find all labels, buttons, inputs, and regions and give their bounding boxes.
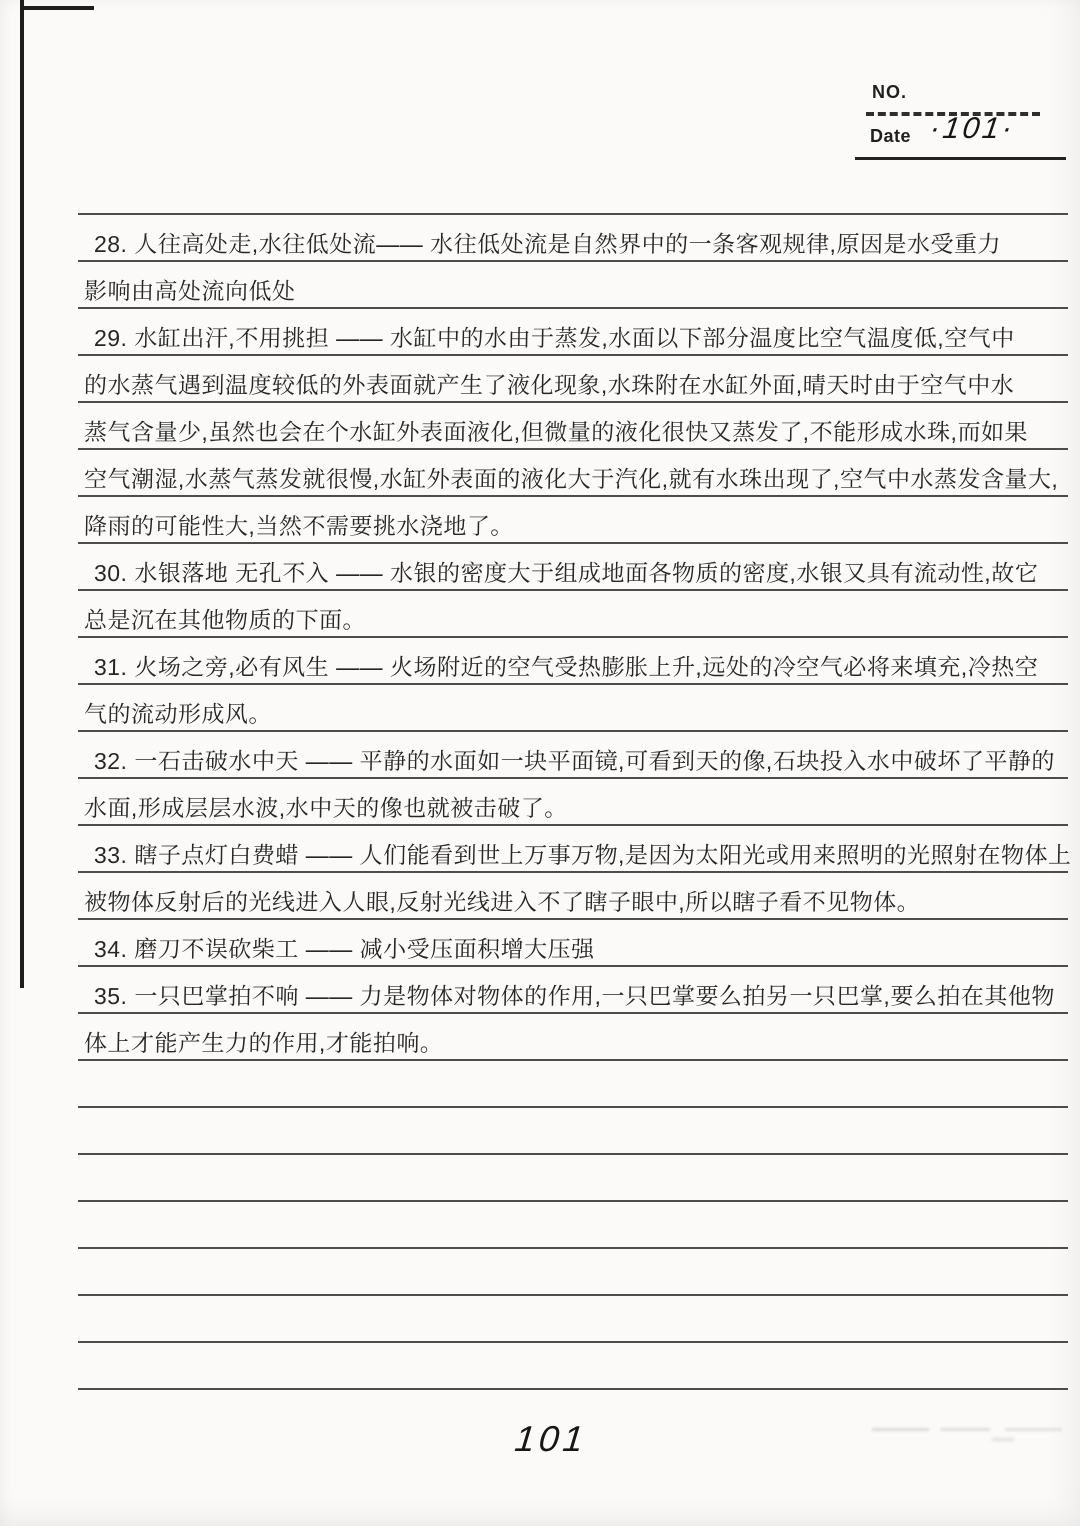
handwritten-text: 被物体反射后的光线进入人眼,反射光线进入不了瞎子眼中,所以瞎子看不见物体。 <box>84 889 921 915</box>
ruled-line: 影响由高处流向低处 <box>78 262 1068 309</box>
handwritten-text: 蒸气含量少,虽然也会在个水缸外表面液化,但微量的液化很快又蒸发了,不能形成水珠,… <box>84 419 1029 445</box>
handwritten-text: 降雨的可能性大,当然不需要挑水浇地了。 <box>84 513 514 539</box>
ruled-line <box>78 1296 1068 1343</box>
ruled-line <box>78 1108 1068 1155</box>
faint-watermark <box>872 1420 1062 1446</box>
ruled-line: 33. 瞎子点灯白费蜡 —— 人们能看到世上万事万物,是因为太阳光或用来照明的光… <box>78 826 1068 873</box>
handwritten-text: 33. 瞎子点灯白费蜡 —— 人们能看到世上万事万物,是因为太阳光或用来照明的光… <box>94 842 1072 868</box>
ruled-line: 30. 水银落地 无孔不入 —— 水银的密度大于组成地面各物质的密度,水银又具有… <box>78 544 1068 591</box>
ruled-lines: 28. 人往高处走,水往低处流—— 水往低处流是自然界中的一条客观规律,原因是水… <box>78 168 1068 1390</box>
handwritten-text: 水面,形成层层水波,水中天的像也就被击破了。 <box>84 795 568 821</box>
ruled-line: 35. 一只巴掌拍不响 —— 力是物体对物体的作用,一只巴掌要么拍另一只巴掌,要… <box>78 967 1068 1014</box>
ruled-line <box>78 1155 1068 1202</box>
handwritten-text: 空气潮湿,水蒸气蒸发就很慢,水缸外表面的液化大于汽化,就有水珠出现了,空气中水蒸… <box>84 466 1059 492</box>
handwritten-page-number: 101 <box>513 1418 589 1460</box>
ruled-line: 的水蒸气遇到温度较低的外表面就产生了液化现象,水珠附在水缸外面,晴天时由于空气中… <box>78 356 1068 403</box>
handwritten-text: 气的流动形成风。 <box>84 701 272 727</box>
ruled-line: 总是沉在其他物质的下面。 <box>78 591 1068 638</box>
handwritten-text: 30. 水银落地 无孔不入 —— 水银的密度大于组成地面各物质的密度,水银又具有… <box>94 560 1039 586</box>
handwritten-text: 28. 人往高处走,水往低处流—— 水往低处流是自然界中的一条客观规律,原因是水… <box>94 231 1002 257</box>
ruled-line <box>78 168 1068 215</box>
ruled-line: 蒸气含量少,虽然也会在个水缸外表面液化,但微量的液化很快又蒸发了,不能形成水珠,… <box>78 403 1068 450</box>
handwritten-text: 29. 水缸出汗,不用挑担 —— 水缸中的水由于蒸发,水面以下部分温度比空气温度… <box>94 325 1015 351</box>
no-label: NO. <box>872 82 907 103</box>
handwritten-text: 体上才能产生力的作用,才能拍响。 <box>84 1030 444 1056</box>
ruled-line: 水面,形成层层水波,水中天的像也就被击破了。 <box>78 779 1068 826</box>
handwritten-text: 35. 一只巴掌拍不响 —— 力是物体对物体的作用,一只巴掌要么拍另一只巴掌,要… <box>94 983 1055 1009</box>
handwritten-date-value: ·101· <box>928 112 1018 146</box>
ruled-line <box>78 1061 1068 1108</box>
ruled-line: 被物体反射后的光线进入人眼,反射光线进入不了瞎子眼中,所以瞎子看不见物体。 <box>78 873 1068 920</box>
ruled-line: 31. 火场之旁,必有风生 —— 火场附近的空气受热膨胀上升,远处的冷空气必将来… <box>78 638 1068 685</box>
handwritten-text: 总是沉在其他物质的下面。 <box>84 607 366 633</box>
handwritten-text: 的水蒸气遇到温度较低的外表面就产生了液化现象,水珠附在水缸外面,晴天时由于空气中… <box>84 372 1015 398</box>
scanned-notebook-page: NO. Date ·101· 28. 人往高处走,水往低处流—— 水往低处流是自… <box>0 0 1080 1526</box>
date-label: Date <box>870 126 911 147</box>
top-corner-line <box>20 6 94 10</box>
ruled-line <box>78 1249 1068 1296</box>
header-rule-line <box>855 157 1066 160</box>
ruled-line <box>78 1202 1068 1249</box>
ruled-line: 气的流动形成风。 <box>78 685 1068 732</box>
handwritten-text: 影响由高处流向低处 <box>84 278 296 304</box>
ruled-line: 降雨的可能性大,当然不需要挑水浇地了。 <box>78 497 1068 544</box>
handwritten-text: 34. 磨刀不误砍柴工 —— 减小受压面积增大压强 <box>94 936 595 962</box>
ruled-line: 体上才能产生力的作用,才能拍响。 <box>78 1014 1068 1061</box>
ruled-line: 空气潮湿,水蒸气蒸发就很慢,水缸外表面的液化大于汽化,就有水珠出现了,空气中水蒸… <box>78 450 1068 497</box>
ruled-line: 32. 一石击破水中天 —— 平静的水面如一块平面镜,可看到天的像,石块投入水中… <box>78 732 1068 779</box>
ruled-line: 34. 磨刀不误砍柴工 —— 减小受压面积增大压强 <box>78 920 1068 967</box>
left-margin-line <box>20 0 24 988</box>
handwritten-text: 31. 火场之旁,必有风生 —— 火场附近的空气受热膨胀上升,远处的冷空气必将来… <box>94 654 1039 680</box>
handwritten-text: 32. 一石击破水中天 —— 平静的水面如一块平面镜,可看到天的像,石块投入水中… <box>94 748 1055 774</box>
ruled-line <box>78 1343 1068 1390</box>
ruled-line: 28. 人往高处走,水往低处流—— 水往低处流是自然界中的一条客观规律,原因是水… <box>78 215 1068 262</box>
ruled-line: 29. 水缸出汗,不用挑担 —— 水缸中的水由于蒸发,水面以下部分温度比空气温度… <box>78 309 1068 356</box>
